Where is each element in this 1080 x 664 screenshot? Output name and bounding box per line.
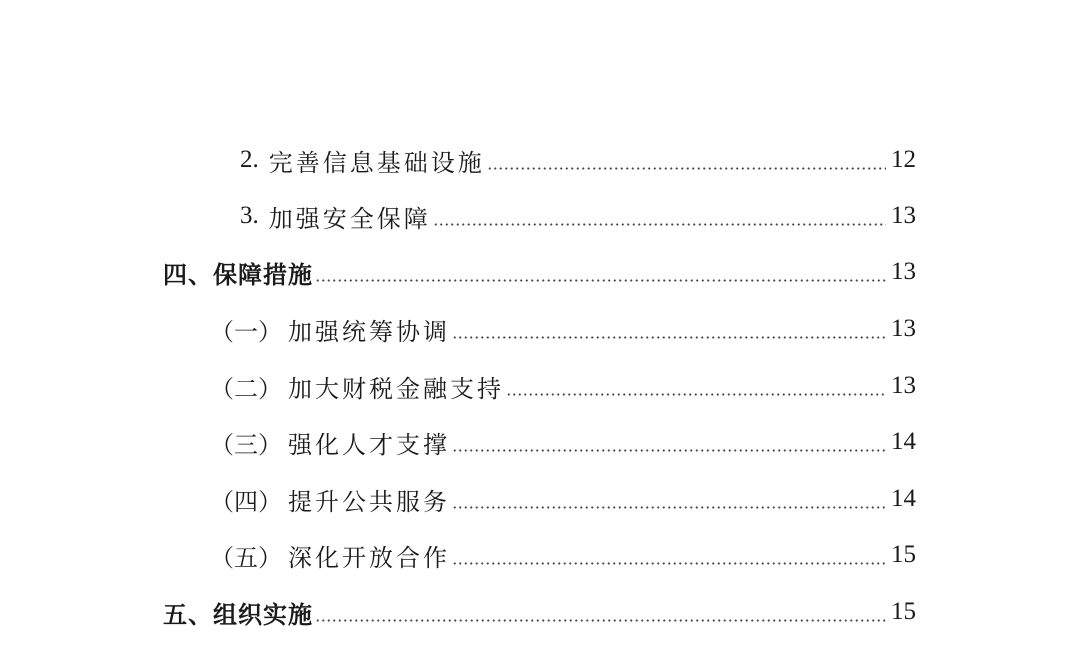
toc-entry-page: 13 (888, 372, 916, 400)
toc-entry-title: 加强统筹协调 (288, 312, 450, 347)
toc-entry-page: 13 (888, 202, 916, 230)
toc-entry-number: 五、 (163, 595, 213, 630)
toc-entry-title: 完善信息基础设施 (269, 143, 485, 178)
dot-leader (315, 600, 886, 624)
toc-entry-number: （三） (210, 425, 282, 460)
dot-leader (452, 487, 886, 511)
toc-entry[interactable]: （五） 深化开放合作 15 (210, 535, 916, 575)
toc-entry-title: 强化人才支撑 (288, 425, 450, 460)
dot-leader (506, 374, 886, 398)
toc-entry[interactable]: 2. 完善信息基础设施 12 (240, 140, 916, 180)
toc-entry-title: 组织实施 (213, 595, 313, 630)
toc-entry[interactable]: （三） 强化人才支撑 14 (210, 422, 916, 462)
toc-entry-page: 14 (888, 485, 916, 513)
dot-leader (487, 148, 886, 172)
toc-entry-title: 保障措施 (213, 255, 313, 290)
toc-entry-page: 13 (888, 315, 916, 343)
dot-leader (315, 260, 886, 284)
toc-entry[interactable]: （二） 加大财税金融支持 13 (210, 366, 916, 406)
toc-entry-number: （五） (210, 538, 282, 573)
toc-entry[interactable]: 3. 加强安全保障 13 (240, 196, 916, 236)
dot-leader (452, 430, 886, 454)
toc-entry-page: 15 (888, 541, 916, 569)
toc-entry[interactable]: （四） 提升公共服务 14 (210, 479, 916, 519)
dot-leader (452, 543, 886, 567)
toc-entry[interactable]: （一） 加强统筹协调 13 (210, 309, 916, 349)
toc-entry[interactable]: 五、 组织实施 15 (163, 592, 916, 632)
toc-entry-page: 13 (888, 258, 916, 286)
toc-entry-number: （一） (210, 312, 282, 347)
toc-entry-title: 深化开放合作 (288, 538, 450, 573)
toc-entry[interactable]: 四、 保障措施 13 (163, 252, 916, 292)
toc-entry-number: 2. (240, 146, 259, 174)
dot-leader (433, 204, 886, 228)
toc-entry-number: （二） (210, 369, 282, 404)
toc-entry-title: 加大财税金融支持 (288, 369, 504, 404)
toc-entry-number: 3. (240, 202, 259, 230)
toc-entry-number: （四） (210, 482, 282, 517)
toc-entry-page: 12 (888, 146, 916, 174)
dot-leader (452, 317, 886, 341)
toc-entry-page: 14 (888, 428, 916, 456)
toc-entry-page: 15 (888, 598, 916, 626)
toc-entry-number: 四、 (163, 255, 213, 290)
toc-entry-title: 加强安全保障 (269, 199, 431, 234)
toc-entry-title: 提升公共服务 (288, 482, 450, 517)
